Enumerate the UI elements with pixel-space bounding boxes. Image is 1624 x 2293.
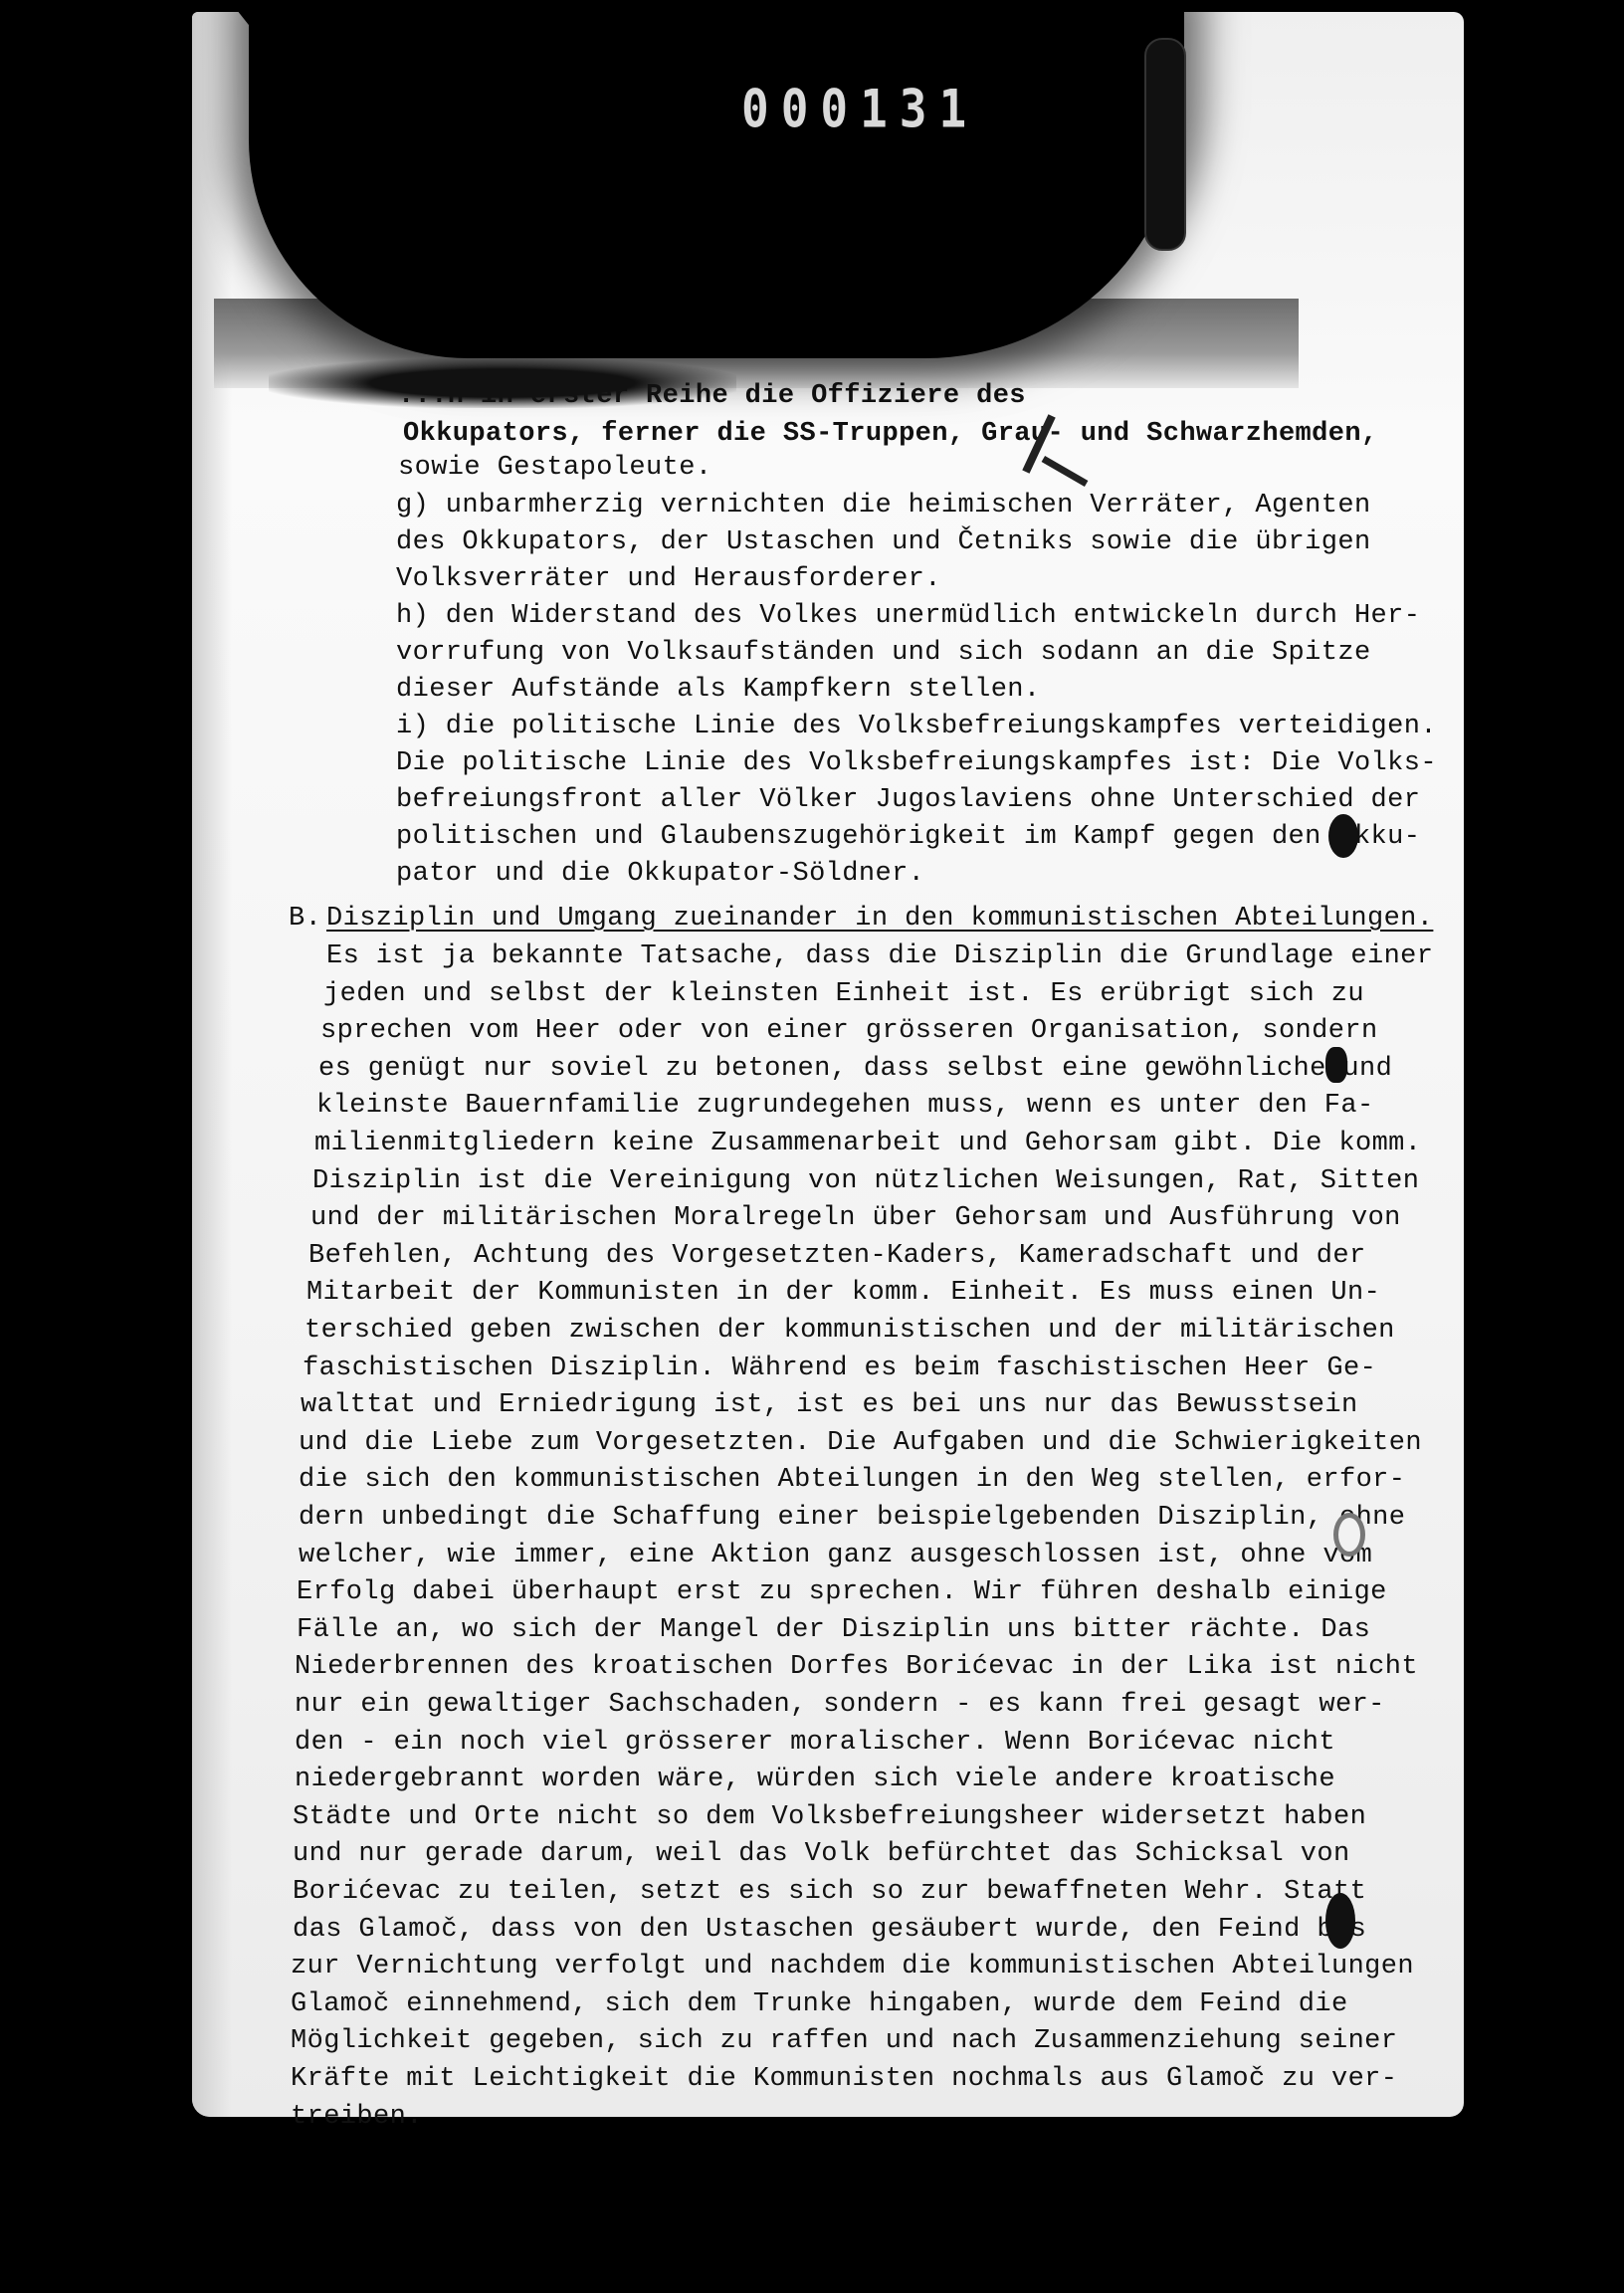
text-line: die sich den kommunistischen Abteilungen… bbox=[299, 1462, 1405, 1499]
text-line: dern unbedingt die Schaffung einer beisp… bbox=[299, 1500, 1405, 1537]
text-line: Glamoč einnehmend, sich dem Trunke hinga… bbox=[291, 1986, 1348, 2023]
text-line: Erfolg dabei überhaupt erst zu sprechen.… bbox=[297, 1574, 1387, 1611]
text-line: und der militärischen Moralregeln über G… bbox=[310, 1200, 1401, 1237]
text-line: den - ein noch viel grösserer moralische… bbox=[295, 1725, 1335, 1762]
text-line: Fälle an, wo sich der Mangel der Diszipl… bbox=[297, 1612, 1370, 1649]
text-line: es genügt nur soviel zu betonen, dass se… bbox=[318, 1051, 1392, 1088]
text-line: Okkupators, ferner die SS-Truppen, Grau-… bbox=[403, 416, 1378, 453]
text-line: milienmitgliedern keine Zusammenarbeit u… bbox=[314, 1126, 1421, 1162]
text-line: Es ist ja bekannte Tatsache, dass die Di… bbox=[326, 938, 1433, 975]
text-line: vorrufung von Volksaufständen und sich s… bbox=[396, 635, 1371, 672]
text-line: dieser Aufstände als Kampfkern stellen. bbox=[396, 672, 1041, 709]
punch-hole-ring bbox=[1333, 1513, 1365, 1557]
text-line: treiben. bbox=[291, 2099, 423, 2136]
film-counter-device bbox=[249, 0, 1184, 358]
film-frame-counter: 000131 bbox=[741, 78, 978, 139]
text-line: faschistischen Disziplin. Während es bei… bbox=[303, 1351, 1376, 1387]
punch-hole-mark bbox=[1325, 1047, 1347, 1083]
text-line: nur ein gewaltiger Sachschaden, sondern … bbox=[295, 1687, 1385, 1724]
text-line: des Okkupators, der Ustaschen und Četnik… bbox=[396, 524, 1371, 561]
text-line: Niederbrennen des kroatischen Dorfes Bor… bbox=[295, 1649, 1418, 1686]
text-line: zur Vernichtung verfolgt und nachdem die… bbox=[291, 1949, 1414, 1985]
ink-smudge bbox=[269, 358, 736, 408]
text-line: Borićevac zu teilen, setzt es sich so zu… bbox=[293, 1874, 1366, 1911]
punch-hole-mark bbox=[1325, 1893, 1355, 1949]
text-line: terschied geben zwischen der kommunistis… bbox=[304, 1313, 1395, 1350]
text-line: Städte und Orte nicht so dem Volksbefrei… bbox=[293, 1799, 1366, 1836]
film-device-knob bbox=[1144, 38, 1186, 251]
text-line: pator und die Okkupator-Söldner. bbox=[396, 856, 924, 893]
text-line: g) unbarmherzig vernichten die heimische… bbox=[396, 488, 1371, 524]
text-line: Befehlen, Achtung des Vorgesetzten-Kader… bbox=[308, 1238, 1366, 1275]
text-line: sowie Gestapoleute. bbox=[398, 450, 711, 487]
text-line: kleinste Bauernfamilie zugrundegehen mus… bbox=[316, 1088, 1374, 1125]
text-line: welcher, wie immer, eine Aktion ganz aus… bbox=[299, 1538, 1372, 1574]
section-label: B. bbox=[289, 901, 321, 938]
text-line: Mitarbeit der Kommunisten in der komm. E… bbox=[306, 1275, 1380, 1312]
text-line: Volksverräter und Herausforderer. bbox=[396, 561, 941, 598]
text-line: sprechen vom Heer oder von einer grösser… bbox=[320, 1013, 1378, 1050]
text-line: und die Liebe zum Vorgesetzten. Die Aufg… bbox=[299, 1425, 1422, 1462]
text-line: Kräfte mit Leichtigkeit die Kommunisten … bbox=[291, 2061, 1397, 2098]
text-line: politischen und Glaubenszugehörigkeit im… bbox=[396, 819, 1420, 856]
text-line: das Glamoč, dass von den Ustaschen gesäu… bbox=[293, 1912, 1366, 1949]
punch-hole-mark bbox=[1328, 814, 1358, 858]
text-line: walttat und Erniedrigung ist, ist es bei… bbox=[301, 1387, 1358, 1424]
text-line: befreiungsfront aller Völker Jugoslavien… bbox=[396, 782, 1420, 819]
section-heading: Disziplin und Umgang zueinander in den k… bbox=[326, 901, 1433, 938]
text-line: und nur gerade darum, weil das Volk befü… bbox=[293, 1836, 1350, 1873]
text-line: h) den Widerstand des Volkes unermüdlich… bbox=[396, 598, 1420, 635]
text-line: Disziplin ist die Vereinigung von nützli… bbox=[312, 1163, 1419, 1200]
text-line: Möglichkeit gegeben, sich zu raffen und … bbox=[291, 2023, 1397, 2060]
text-line: jeden und selbst der kleinsten Einheit i… bbox=[323, 976, 1364, 1013]
text-line: Die politische Linie des Volksbefreiungs… bbox=[396, 745, 1437, 782]
text-line: niedergebrannt worden wäre, würden sich … bbox=[295, 1762, 1335, 1798]
text-line: i) die politische Linie des Volksbefreiu… bbox=[396, 709, 1437, 745]
